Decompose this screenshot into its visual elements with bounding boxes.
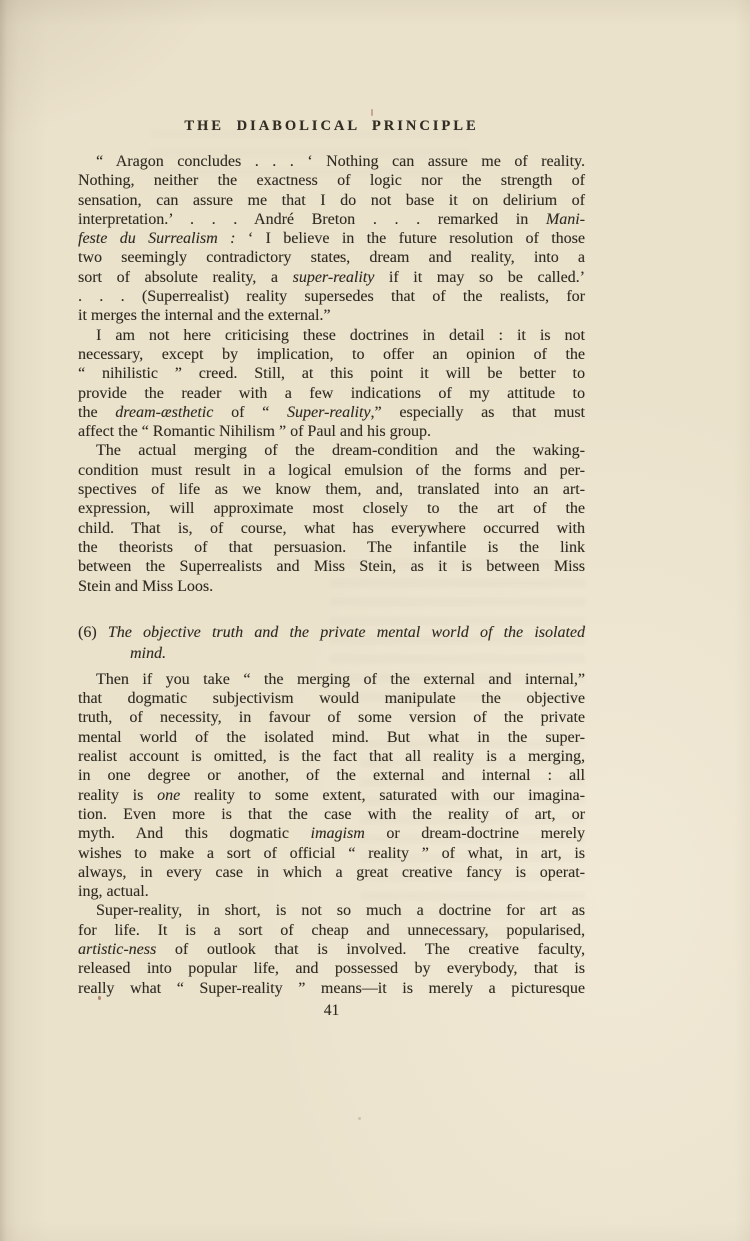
text-line: sort of absolute reality, a super-realit… (78, 268, 585, 287)
text-line: the theorists of that persuasion. The in… (78, 538, 585, 557)
text-line: truth, of necessity, in favour of some v… (78, 708, 585, 727)
text-line: the dream-æsthetic of “ Super-reality,” … (78, 403, 585, 422)
text-line: it merges the internal and the external.… (78, 306, 585, 325)
text-line: between the Superrealists and Miss Stein… (78, 557, 585, 576)
text-line: child. That is, of course, what has ever… (78, 519, 585, 538)
text-line: that dogmatic subjectivism would manipul… (78, 689, 585, 708)
text-column: “ Aragon concludes . . . ‘ Nothing can a… (78, 152, 585, 998)
text-line: affect the “ Romantic Nihilism ” of Paul… (78, 422, 585, 441)
text-line: (6) The objective truth and the private … (78, 622, 585, 643)
text-line: always, in every case in which a great c… (78, 863, 585, 882)
text-line: wishes to make a sort of official “ real… (78, 844, 585, 863)
text-line: Super-reality, in short, is not so much … (78, 901, 585, 920)
text-line: reality is one reality to some extent, s… (78, 786, 585, 805)
text-line: Nothing, neither the exactness of logic … (78, 171, 585, 190)
text-line: provide the reader with a few indication… (78, 384, 585, 403)
text-line: for life. It is a sort of cheap and unne… (78, 921, 585, 940)
text-line: expression, will approximate most closel… (78, 499, 585, 518)
text-line: interpretation.’ . . . André Breton . . … (78, 210, 585, 229)
text-line: artistic-ness of outlook that is involve… (78, 940, 585, 959)
text-line: spectives of life as we know them, and, … (78, 480, 585, 499)
text-line: necessary, except by implication, to off… (78, 345, 585, 364)
running-header: THE DIABOLICAL PRINCIPLE (78, 118, 585, 135)
text-line: condition must result in a logical emuls… (78, 461, 585, 480)
paragraph: Then if you take “ the merging of the ex… (78, 670, 585, 902)
text-line: feste du Surrealism : ‘ I believe in the… (78, 229, 585, 248)
paragraph: Super-reality, in short, is not so much … (78, 901, 585, 997)
text-line: tion. Even more is that the case with th… (78, 805, 585, 824)
text-line: “ nihilistic ” creed. Still, at this poi… (78, 364, 585, 383)
book-page-scan: THE DIABOLICAL PRINCIPLE “ Aragon conclu… (0, 0, 750, 1241)
paragraph: I am not here criticising these doctrine… (78, 326, 585, 442)
text-line: Then if you take “ the merging of the ex… (78, 670, 585, 689)
text-line: sensation, can assure me that I do not b… (78, 191, 585, 210)
text-line: in one degree or another, of the externa… (78, 766, 585, 785)
text-line: mental world of the isolated mind. But w… (78, 728, 585, 747)
text-line: . . . (Superrealist) reality supersedes … (78, 287, 585, 306)
text-line: mind. (78, 643, 585, 664)
text-line: realist account is omitted, is the fact … (78, 747, 585, 766)
text-line: I am not here criticising these doctrine… (78, 326, 585, 345)
section-heading: (6) The objective truth and the private … (78, 622, 585, 664)
text-line: “ Aragon concludes . . . ‘ Nothing can a… (78, 152, 585, 171)
text-line: Stein and Miss Loos. (78, 577, 585, 596)
text-line: ing, actual. (78, 882, 585, 901)
paper-speck (358, 1117, 361, 1120)
text-line: The actual merging of the dream-conditio… (78, 441, 585, 460)
paragraph: The actual merging of the dream-conditio… (78, 441, 585, 595)
page-number: 41 (78, 1002, 585, 1020)
text-line: two seemingly contradictory states, drea… (78, 248, 585, 267)
text-line: really what “ Super-reality ” means—it i… (78, 979, 585, 998)
text-line: myth. And this dogmatic imagism or dream… (78, 824, 585, 843)
paragraph: “ Aragon concludes . . . ‘ Nothing can a… (78, 152, 585, 326)
text-line: released into popular life, and possesse… (78, 959, 585, 978)
paper-speck (371, 109, 373, 116)
